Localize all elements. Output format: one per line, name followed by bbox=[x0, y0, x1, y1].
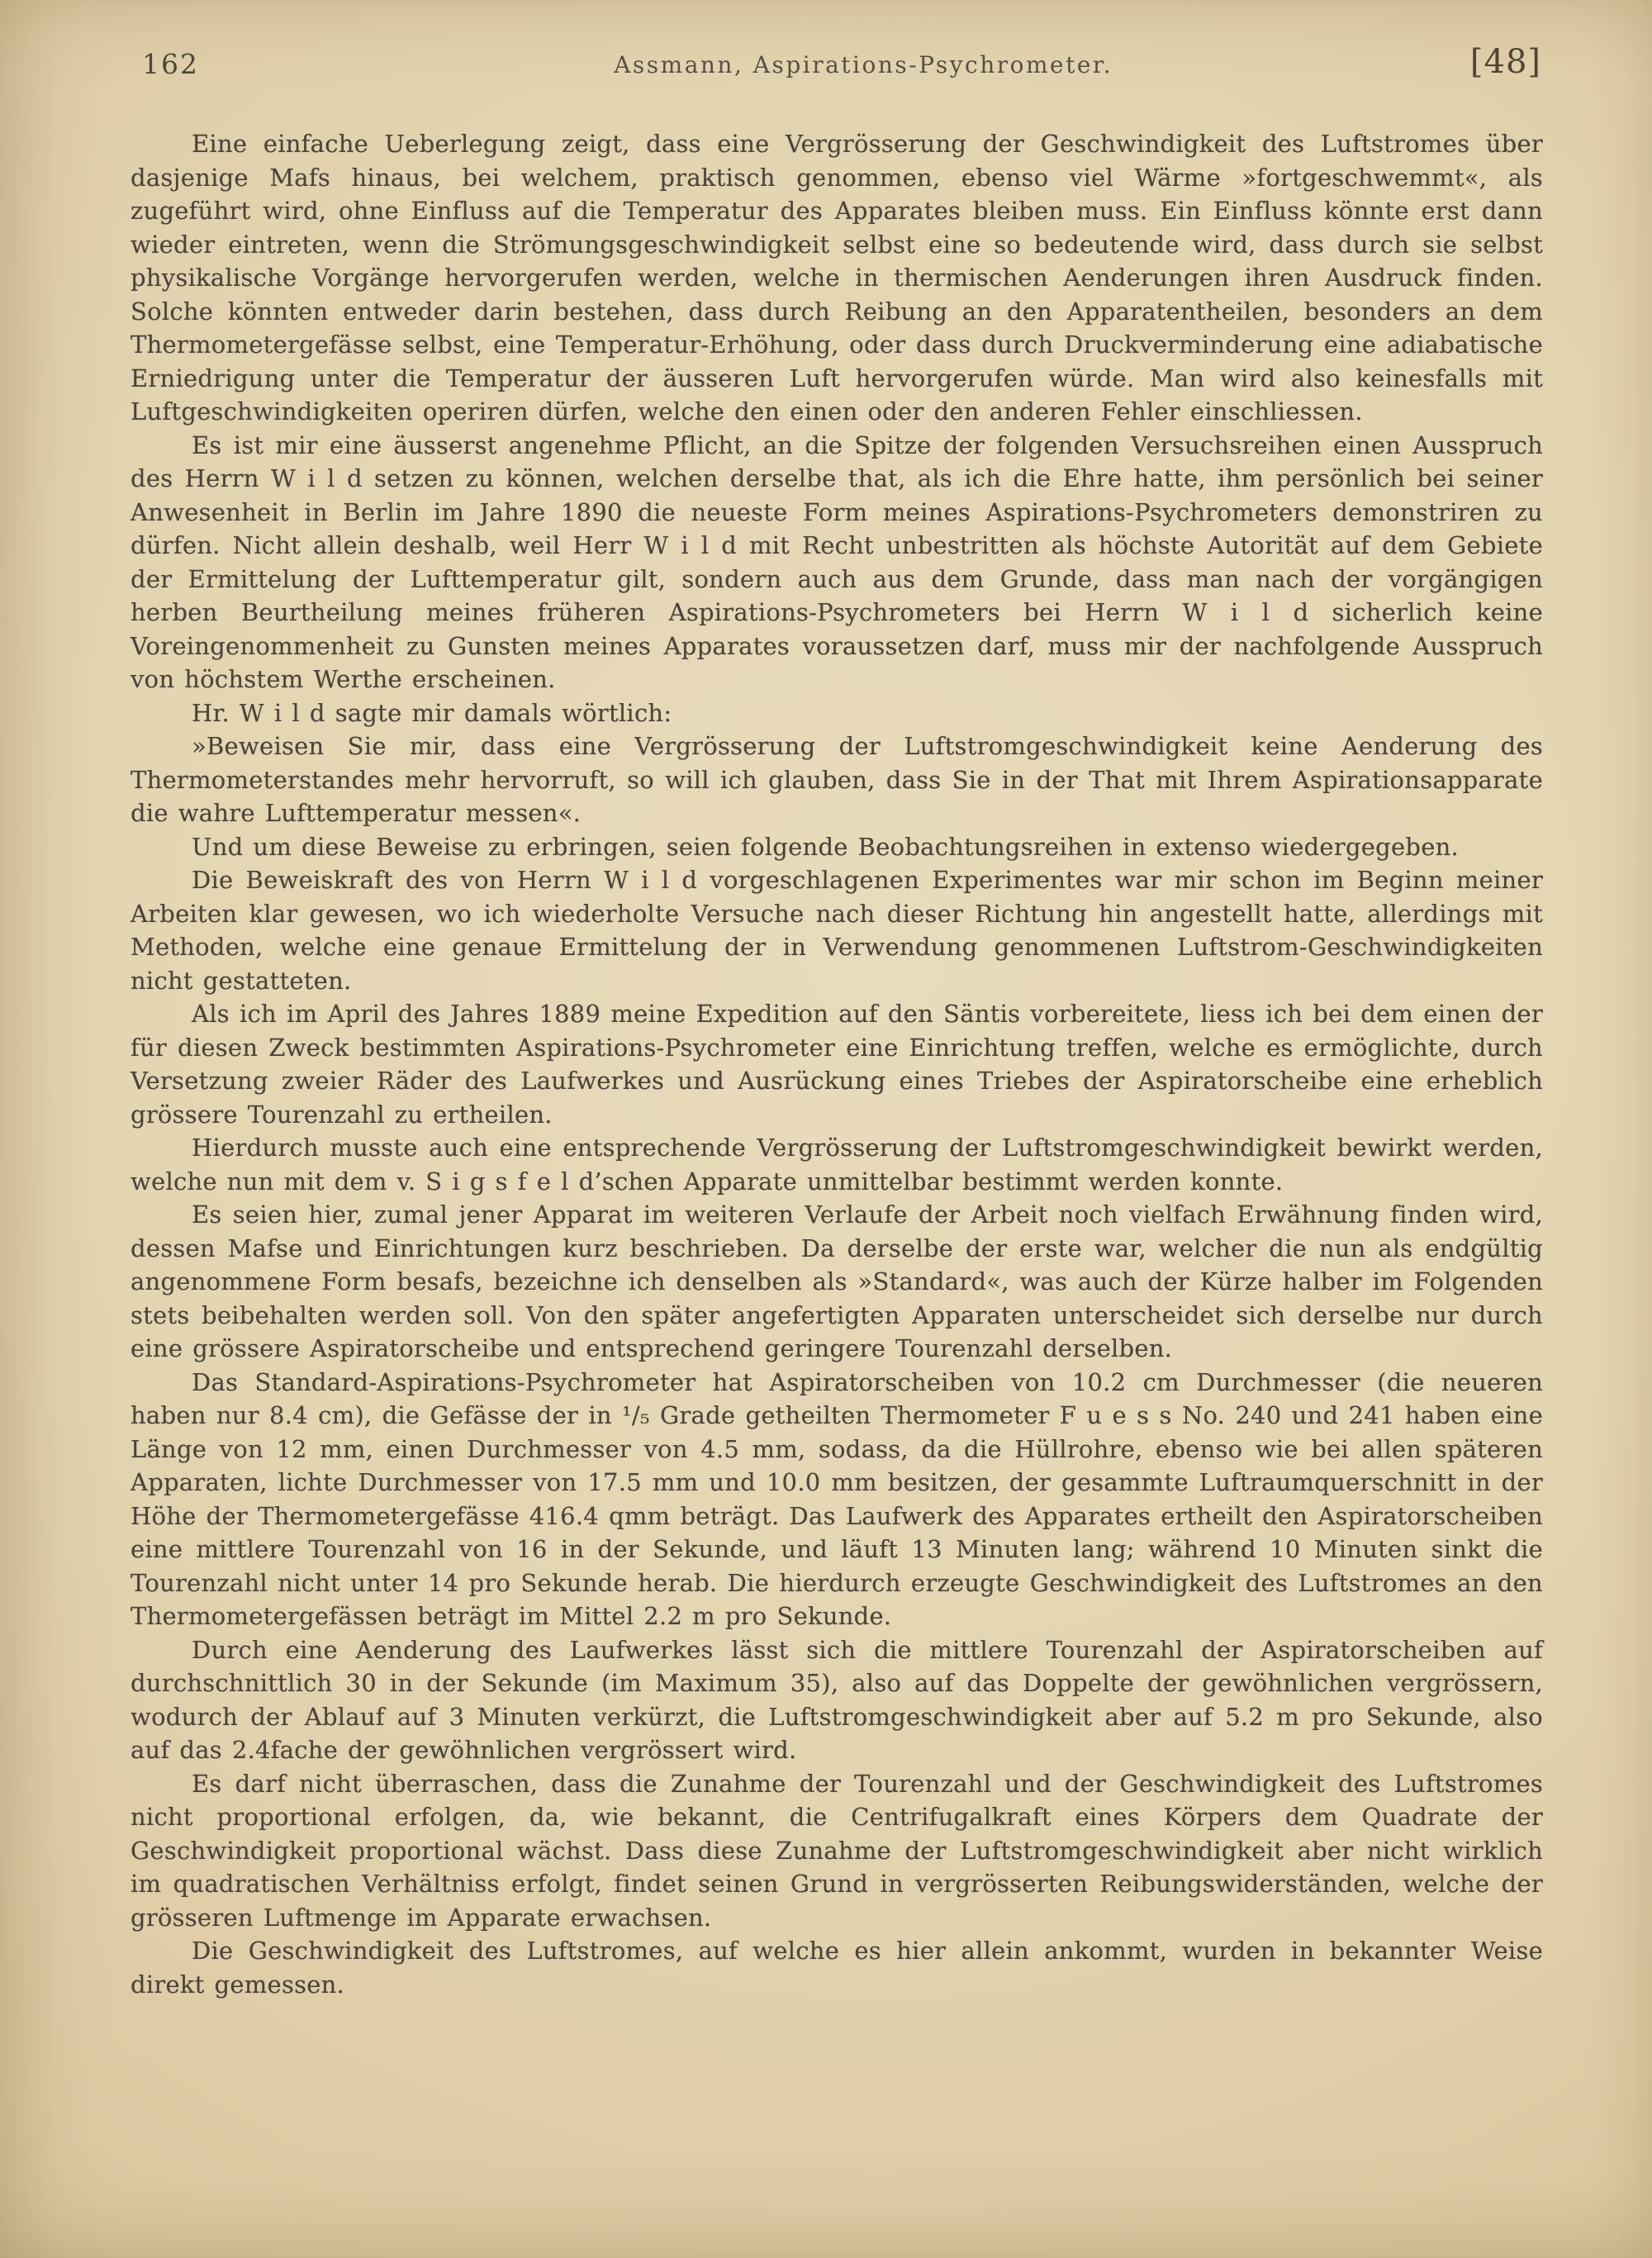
scanned-book-page: 162 Assmann, Aspirations-Psychrometer. [… bbox=[0, 0, 1652, 2258]
sheet-number: [48] bbox=[1470, 43, 1541, 81]
running-title: Assmann, Aspirations-Psychrometer. bbox=[614, 51, 1113, 78]
paragraph-8: Hierdurch musste auch eine entsprechende… bbox=[131, 1131, 1543, 1198]
paragraph-1: Eine einfache Ueberlegung zeigt, dass ei… bbox=[131, 127, 1543, 429]
paragraph-11: Durch eine Aenderung des Laufwerkes läss… bbox=[131, 1633, 1543, 1767]
paragraph-9: Es seien hier, zumal jener Apparat im we… bbox=[131, 1198, 1543, 1366]
paragraph-3: Hr. W i l d sagte mir damals wörtlich: bbox=[131, 696, 1543, 730]
paragraph-4: »Beweisen Sie mir, dass eine Vergrösseru… bbox=[131, 730, 1543, 830]
paragraph-6: Die Beweiskraft des von Herrn W i l d vo… bbox=[131, 863, 1543, 997]
page-header: 162 Assmann, Aspirations-Psychrometer. [… bbox=[142, 48, 1545, 91]
paragraph-5: Und um diese Beweise zu erbringen, seien… bbox=[131, 830, 1543, 864]
paragraph-7: Als ich im April des Jahres 1889 meine E… bbox=[131, 997, 1543, 1131]
text-block: Eine einfache Ueberlegung zeigt, dass ei… bbox=[131, 127, 1543, 2001]
paragraph-2: Es ist mir eine äusserst angenehme Pflic… bbox=[131, 429, 1543, 696]
page-number: 162 bbox=[142, 48, 199, 80]
paragraph-12: Es darf nicht überraschen, dass die Zuna… bbox=[131, 1767, 1543, 1935]
paragraph-13: Die Geschwindigkeit des Luftstromes, auf… bbox=[131, 1934, 1543, 2001]
paragraph-10: Das Standard-Aspirations-Psychrometer ha… bbox=[131, 1366, 1543, 1633]
